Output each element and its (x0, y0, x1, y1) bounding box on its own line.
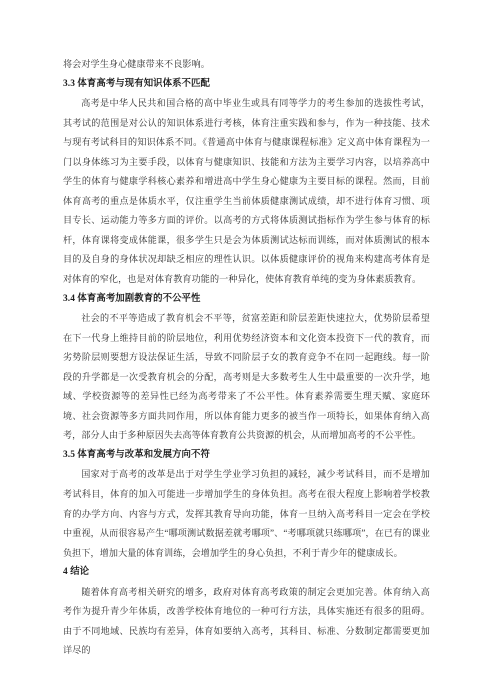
section-3-4-paragraph: 社会的不平等造成了教育机会不平等，贫富差距和阶层差距快速拉大，优势阶层希望在下一… (63, 309, 430, 446)
section-heading-3-3: 3.3 体育高考与现有知识体系不匹配 (63, 75, 430, 95)
section-heading-4-conclusion: 4 结论 (63, 563, 430, 583)
document-page: 将会对学生身心健康带来不良影响。 3.3 体育高考与现有知识体系不匹配 高考是中… (0, 0, 492, 697)
section-3-5-paragraph: 国家对于高考的改革是出于对学生学业学习负担的减轻，减少考试科目，而不是增加考试科… (63, 465, 430, 563)
section-heading-3-5: 3.5 体育高考与改革和发展方向不符 (63, 446, 430, 466)
section-3-3-paragraph: 高考是中华人民共和国合格的高中毕业生或具有同等学力的考生参加的选拔性考试，其考试… (63, 94, 430, 289)
continuation-paragraph: 将会对学生身心健康带来不良影响。 (63, 55, 430, 75)
section-4-conclusion-paragraph: 随着体育高考相关研究的增多，政府对体育高考政策的制定会更加完善。体育纳入高考作为… (63, 583, 430, 661)
section-heading-3-4: 3.4 体育高考加剧教育的不公平性 (63, 290, 430, 310)
